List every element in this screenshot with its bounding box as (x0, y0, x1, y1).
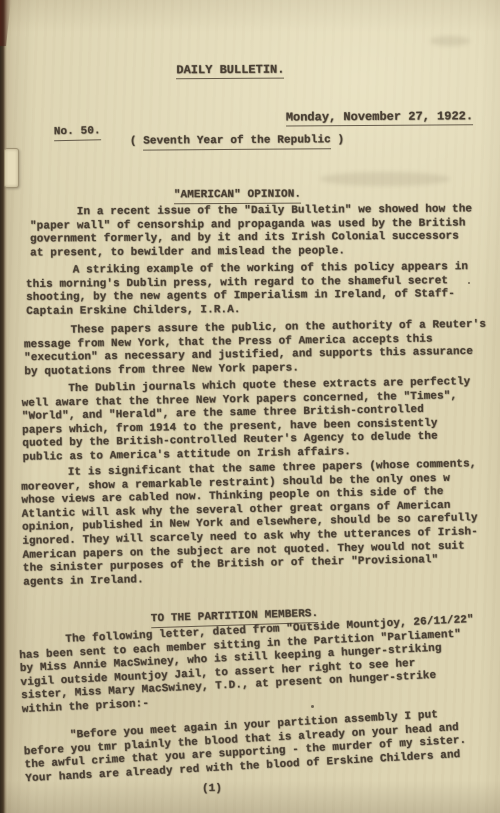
ink-speck (468, 282, 470, 284)
paragraph: It is significant that the same three pa… (21, 458, 479, 590)
year-line-open-paren: ( (130, 135, 143, 147)
document-title-text: DAILY BULLETIN. (176, 63, 284, 80)
year-line-text: Seventh Year of the Republic (143, 134, 331, 151)
paragraph: In a recent issue of the "Daily Bulletin… (30, 203, 473, 260)
paragraph: These papers assure the public, on the a… (24, 319, 487, 380)
year-line: ( Seventh Year of the Republic ) (103, 120, 345, 164)
scan-left-edge (0, 0, 7, 813)
issue-number-text: No. 50. (54, 125, 101, 142)
ink-speck (311, 705, 314, 708)
year-line-close-paren: ) (331, 134, 344, 146)
paragraph: "Before you meet again in your partition… (23, 708, 468, 787)
paragraph: The following letter, dated from "Outsid… (18, 614, 477, 718)
paper-fastener (4, 148, 19, 188)
ink-smudge (320, 172, 450, 186)
scanned-document-page: DAILY BULLETIN. Monday, November 27, 192… (0, 0, 500, 813)
paragraph: The Dublin journals which quote these ex… (21, 376, 471, 465)
scan-corner-mark (0, 0, 11, 46)
document-title: DAILY BULLETIN. (0, 48, 432, 94)
paragraph: A striking example of the working of thi… (26, 261, 469, 319)
ink-smudge (430, 36, 470, 46)
issue-number: No. 50. (27, 111, 102, 155)
